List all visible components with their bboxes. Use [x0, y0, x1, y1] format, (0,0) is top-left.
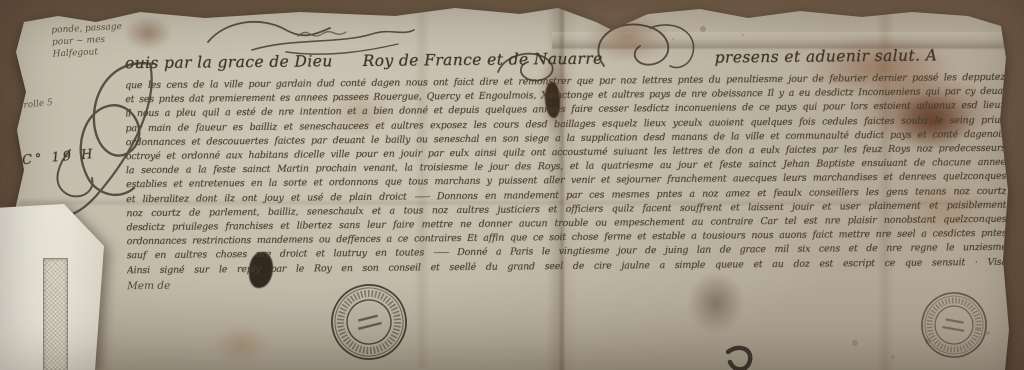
fox-specks-bottom-right [852, 340, 858, 346]
heading-part-2: Roy de France et de Nauarre [363, 50, 603, 70]
archival-card-wrapper [0, 0, 120, 370]
parchment-sheet: ponde, passage pour ~ mes Halfegout p. r… [0, 0, 1024, 370]
card-window-slot [43, 258, 68, 370]
round-ink-stamp-right [913, 284, 995, 366]
stain-bottom-left [214, 326, 268, 364]
archival-window-card [0, 204, 105, 370]
photograph-of-manuscript: ponde, passage pour ~ mes Halfegout p. r… [0, 0, 1024, 370]
heading-part-1: ouis par la grace de Dieu [125, 52, 333, 72]
round-ink-stamp-center [323, 276, 415, 368]
royal-intitulatio-heading: ouis par la grace de DieuRoy de France e… [125, 46, 1005, 72]
manuscript-text-block: ouis par la grace de DieuRoy de France e… [125, 46, 1007, 292]
heading-part-3: presens et aduenir salut. A [715, 46, 938, 66]
fox-specks-top [700, 26, 706, 32]
parchment-wrapper: ponde, passage pour ~ mes Halfegout p. r… [0, 0, 1024, 370]
